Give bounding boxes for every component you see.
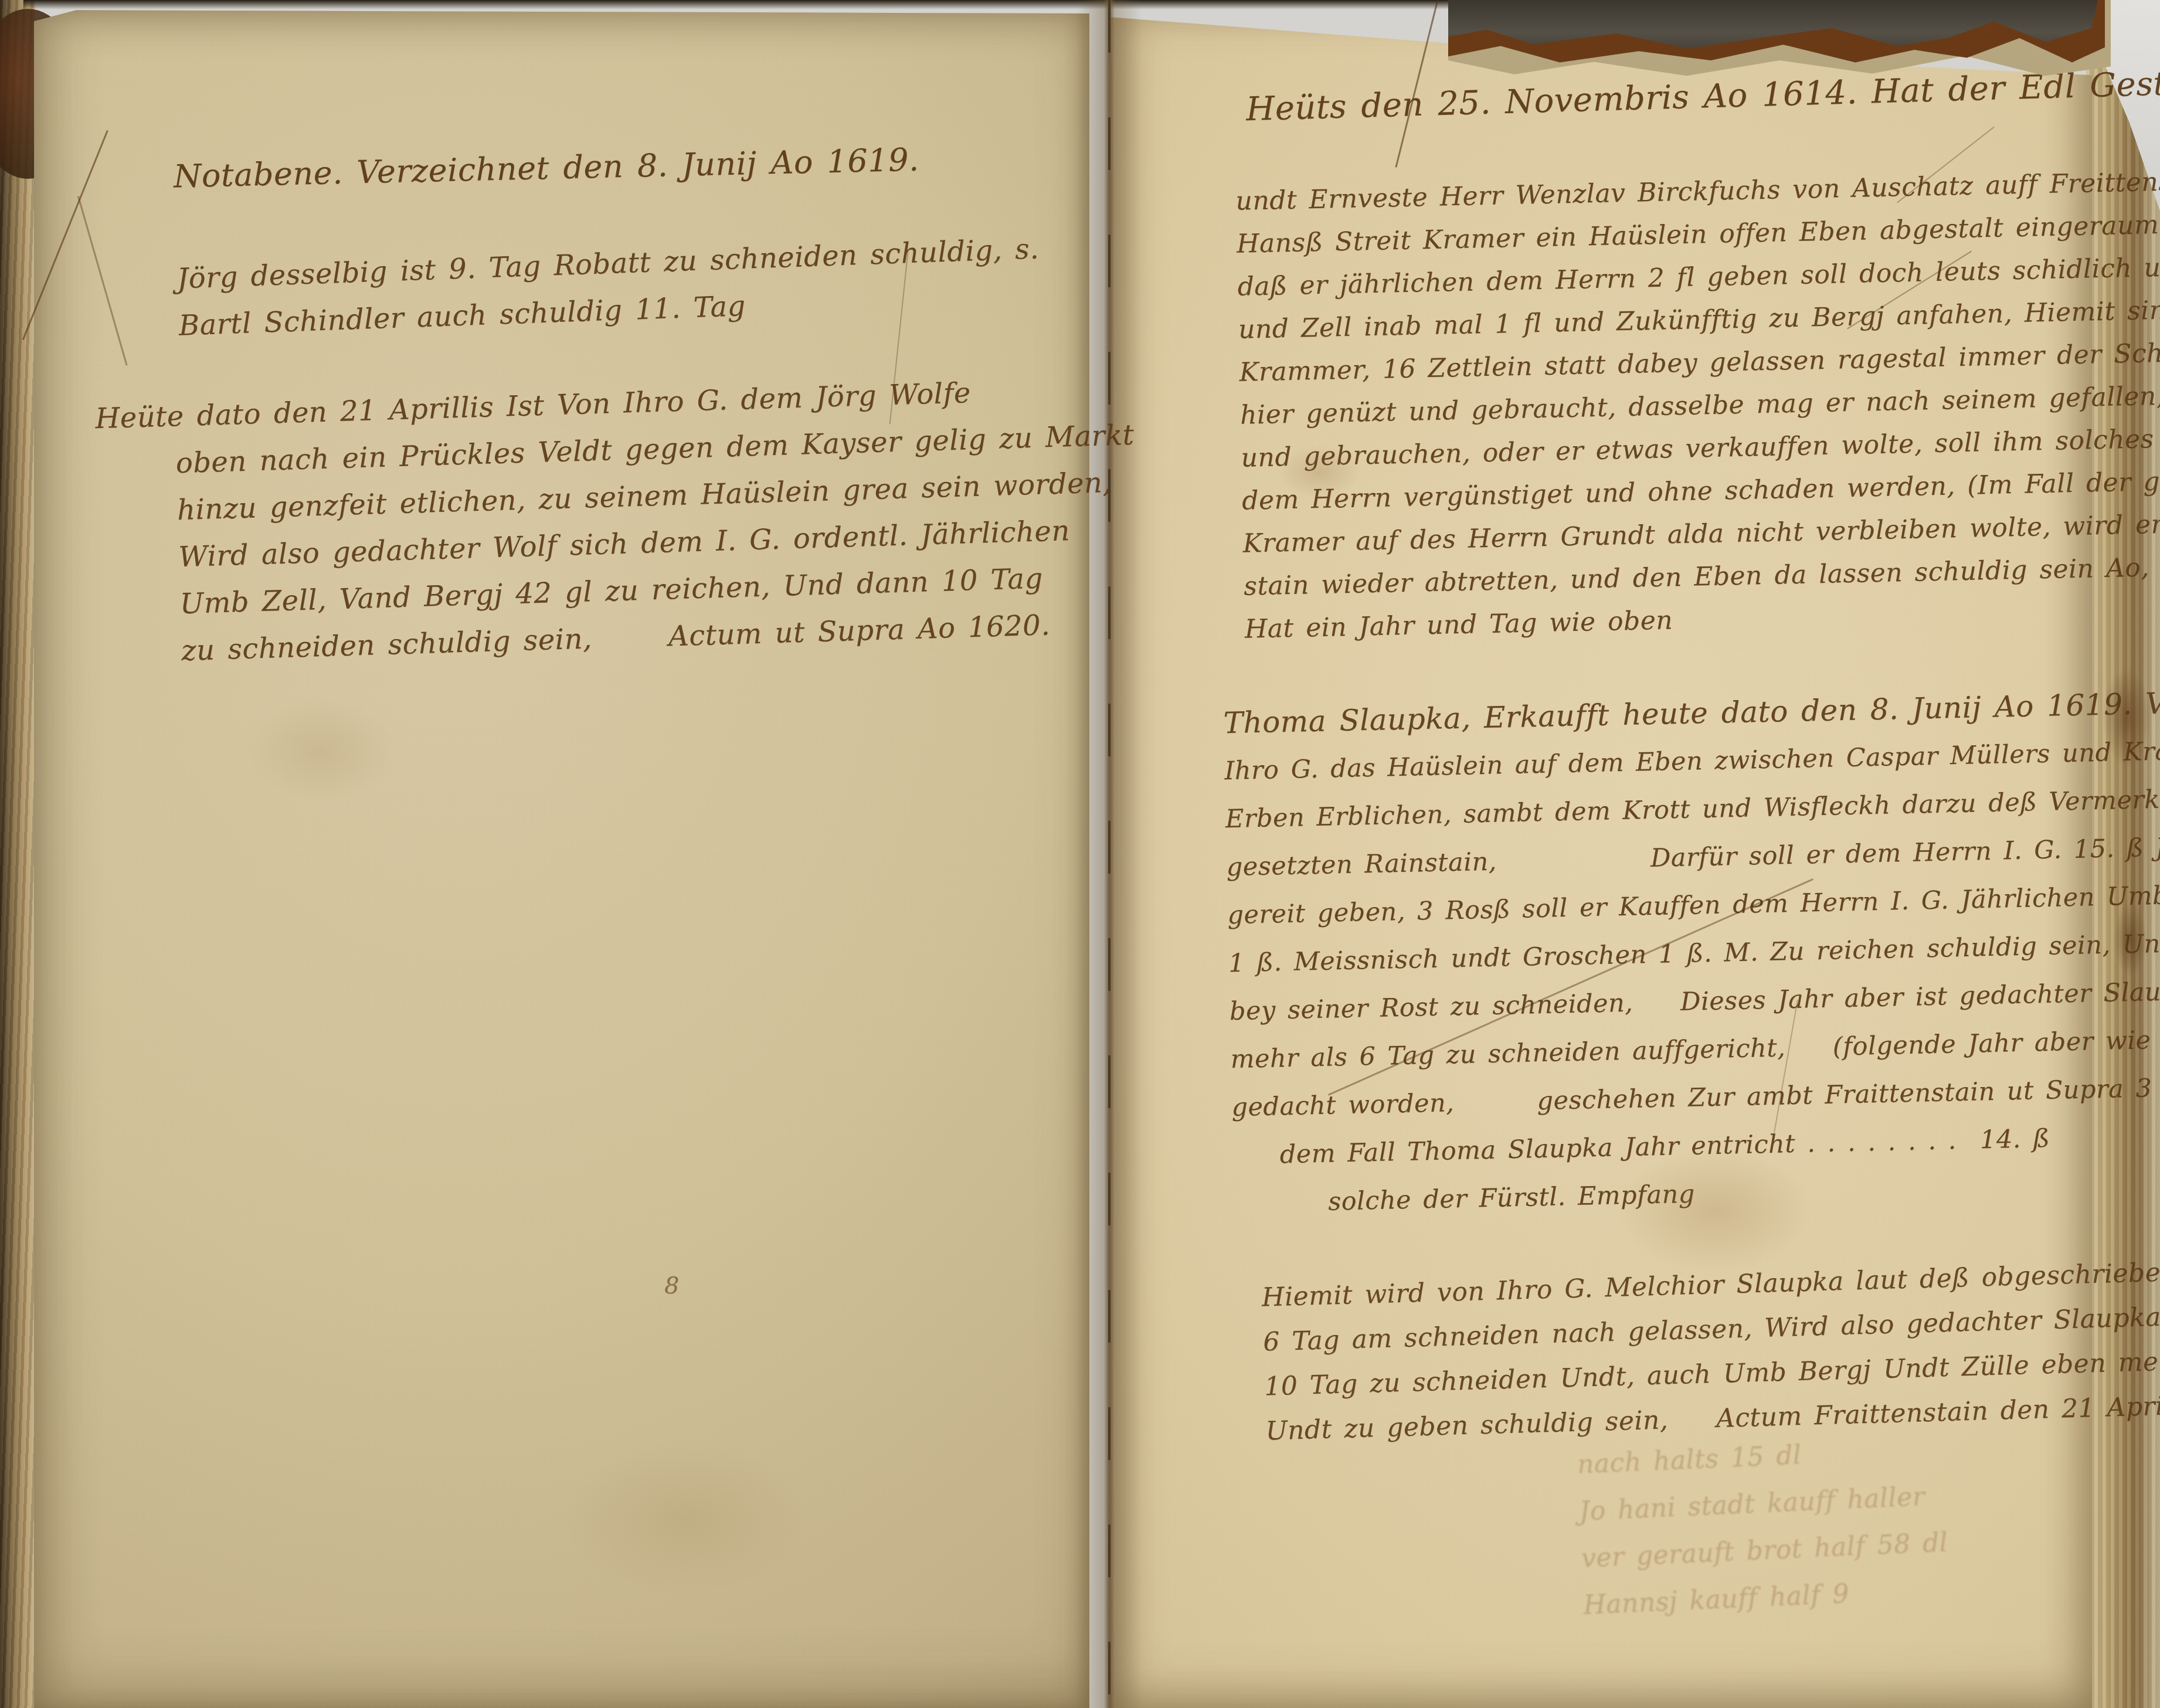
paper-stain xyxy=(562,1442,808,1595)
right-page-entry-1620: Hiemit wird von Ihro G. Melchior Slaupka… xyxy=(1261,1244,2160,1454)
bleed-through-ghost-text: nach halts 15 dlJo hani stadt kauff hall… xyxy=(1576,1426,1951,1629)
right-page-entry-slaupka: Thoma Slaupka, Erkaufft heute dato den 8… xyxy=(1223,675,2160,1228)
book-left-edge xyxy=(0,0,35,1708)
left-page-entry: Heüte dato den 21 Aprillis Ist Von Ihro … xyxy=(94,365,1140,677)
right-page-entry-1614: undt Ernveste Herr Wenzlav Birckfuchs vo… xyxy=(1235,158,2160,650)
stray-ink-mark: 8 xyxy=(664,1272,680,1299)
book-top-edge xyxy=(23,0,1501,9)
paper-stain xyxy=(245,698,398,803)
manuscript-book-spread: 412. Notabene. Verzeichnet den 8. Junij … xyxy=(0,0,2160,1708)
binding-gutter xyxy=(1076,0,1142,1708)
